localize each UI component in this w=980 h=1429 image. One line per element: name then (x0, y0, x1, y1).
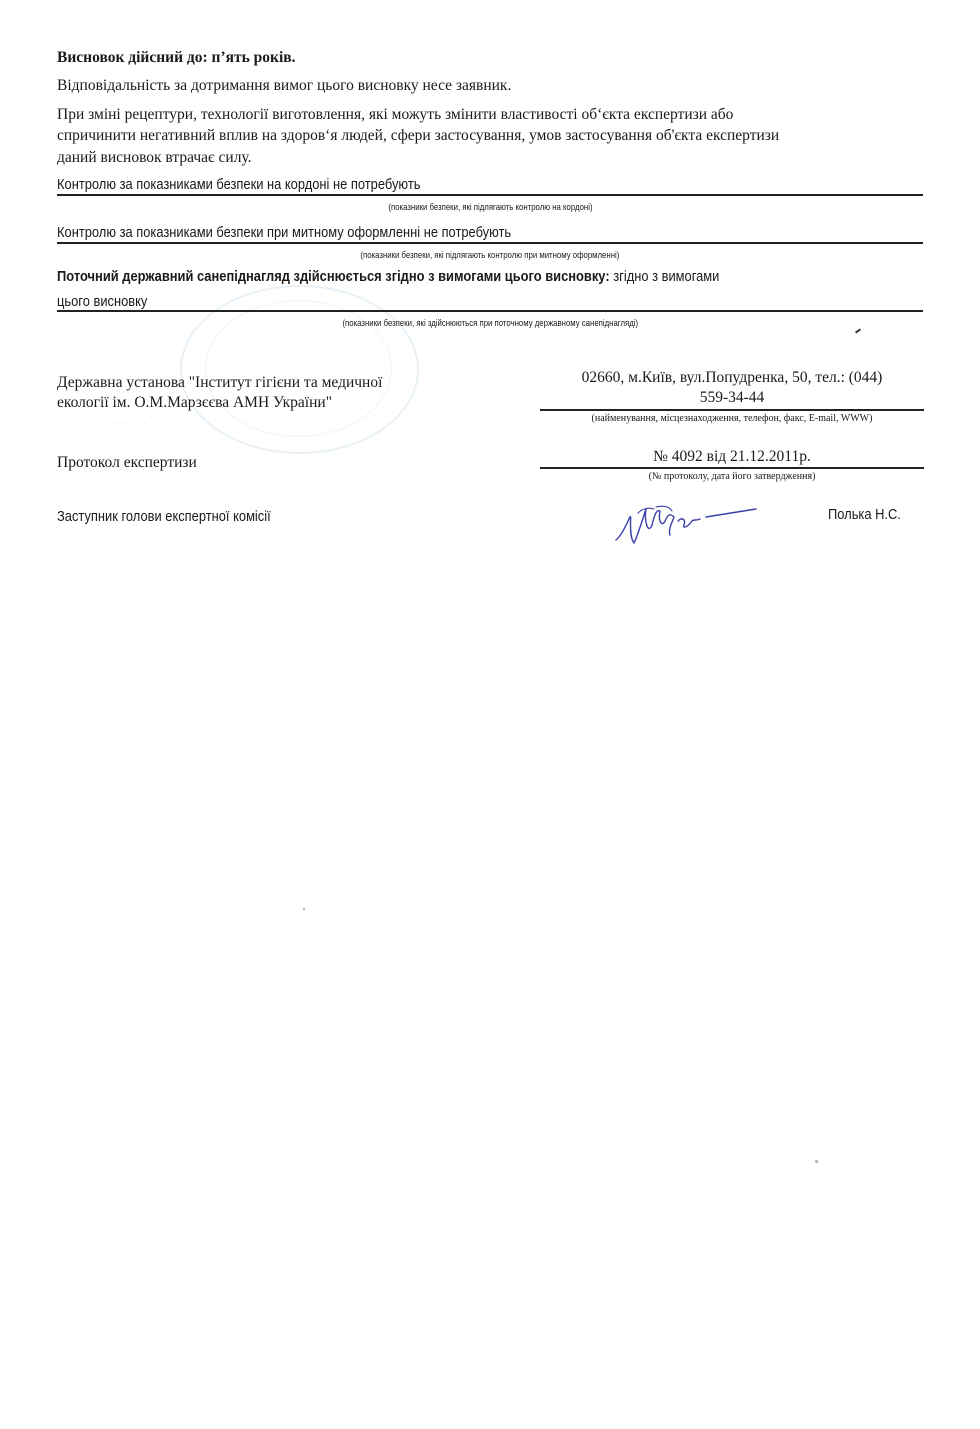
institution-address-line-2: 559-34-44 (540, 389, 924, 407)
institution-address-rule (540, 409, 924, 411)
customs-control-value: Контролю за показниками безпеки при митн… (57, 224, 511, 241)
supervision-line-1: Поточний державний санепіднагляд здійсню… (57, 268, 719, 285)
border-control-caption: (показники безпеки, які підлягають контр… (388, 202, 592, 213)
scan-speck (303, 908, 305, 910)
protocol-value: № 4092 від 21.12.2011р. (540, 448, 924, 466)
border-control-rule (57, 194, 923, 196)
institution-name-line-1: Державна установа "Інститут гігієни та м… (57, 374, 382, 392)
scan-speck (815, 1160, 818, 1163)
border-control-caption-wrap: (показники безпеки, які підлягають контр… (57, 197, 923, 215)
signatory-name: Полька Н.С. (828, 506, 901, 523)
change-clause-line-1: При зміні рецептури, технології виготовл… (57, 106, 733, 124)
customs-control-rule (57, 242, 923, 244)
change-clause-line-2: спричинити негативний вплив на здоров‘я … (57, 127, 779, 145)
validity-statement: Висновок дійсний до: п’ять років. (57, 49, 296, 67)
supervision-rule (57, 310, 923, 312)
border-control-value: Контролю за показниками безпеки на кордо… (57, 176, 420, 193)
supervision-value-1: згідно з вимогами (613, 268, 719, 285)
supervision-label: Поточний державний санепіднагляд здійсню… (57, 268, 610, 285)
signature-image (608, 495, 768, 555)
protocol-label: Протокол експертизи (57, 454, 197, 472)
supervision-value-2: цього висновку (57, 293, 147, 310)
protocol-caption: (№ протоколу, дата його затвердження) (540, 471, 924, 482)
customs-control-caption-wrap: (показники безпеки, які підлягають контр… (57, 245, 923, 263)
supervision-caption: (показники безпеки, які здійснюються при… (342, 318, 638, 329)
document-page: Висновок дійсний до: п’ять років. Відпов… (0, 0, 980, 1429)
customs-control-caption: (показники безпеки, які підлягають контр… (361, 250, 620, 261)
supervision-caption-wrap: (показники безпеки, які здійснюються при… (57, 313, 923, 331)
change-clause-line-3: даний висновок втрачає силу. (57, 149, 252, 167)
responsibility-statement: Відповідальність за дотримання вимог цьо… (57, 77, 511, 95)
institution-address-line-1: 02660, м.Київ, вул.Попудренка, 50, тел.:… (540, 369, 924, 387)
protocol-rule (540, 467, 924, 469)
stamp-faint-text: · · · · · · · · (100, 418, 146, 429)
signatory-role: Заступник голови експертної комісії (57, 508, 271, 525)
institution-name-line-2: екології ім. О.М.Марзєєва АМН України" (57, 394, 332, 412)
institution-address-caption: (найменування, місцезнаходження, телефон… (540, 413, 924, 424)
